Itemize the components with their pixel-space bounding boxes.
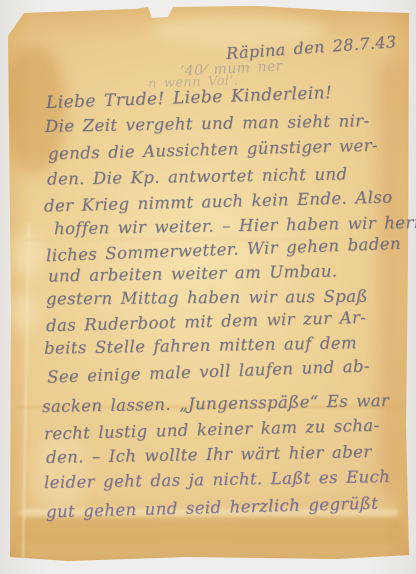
paper-crease-vertical bbox=[22, 224, 30, 558]
letter-photograph: Räpina den 28.7.43 ’40⁄ mum ner n wenn V… bbox=[0, 0, 416, 574]
letter-line: gestern Mittag haben wir aus Spaß bbox=[46, 289, 368, 308]
paper-stain-left-1 bbox=[12, 232, 44, 276]
paper-stain-left-2 bbox=[10, 292, 38, 332]
